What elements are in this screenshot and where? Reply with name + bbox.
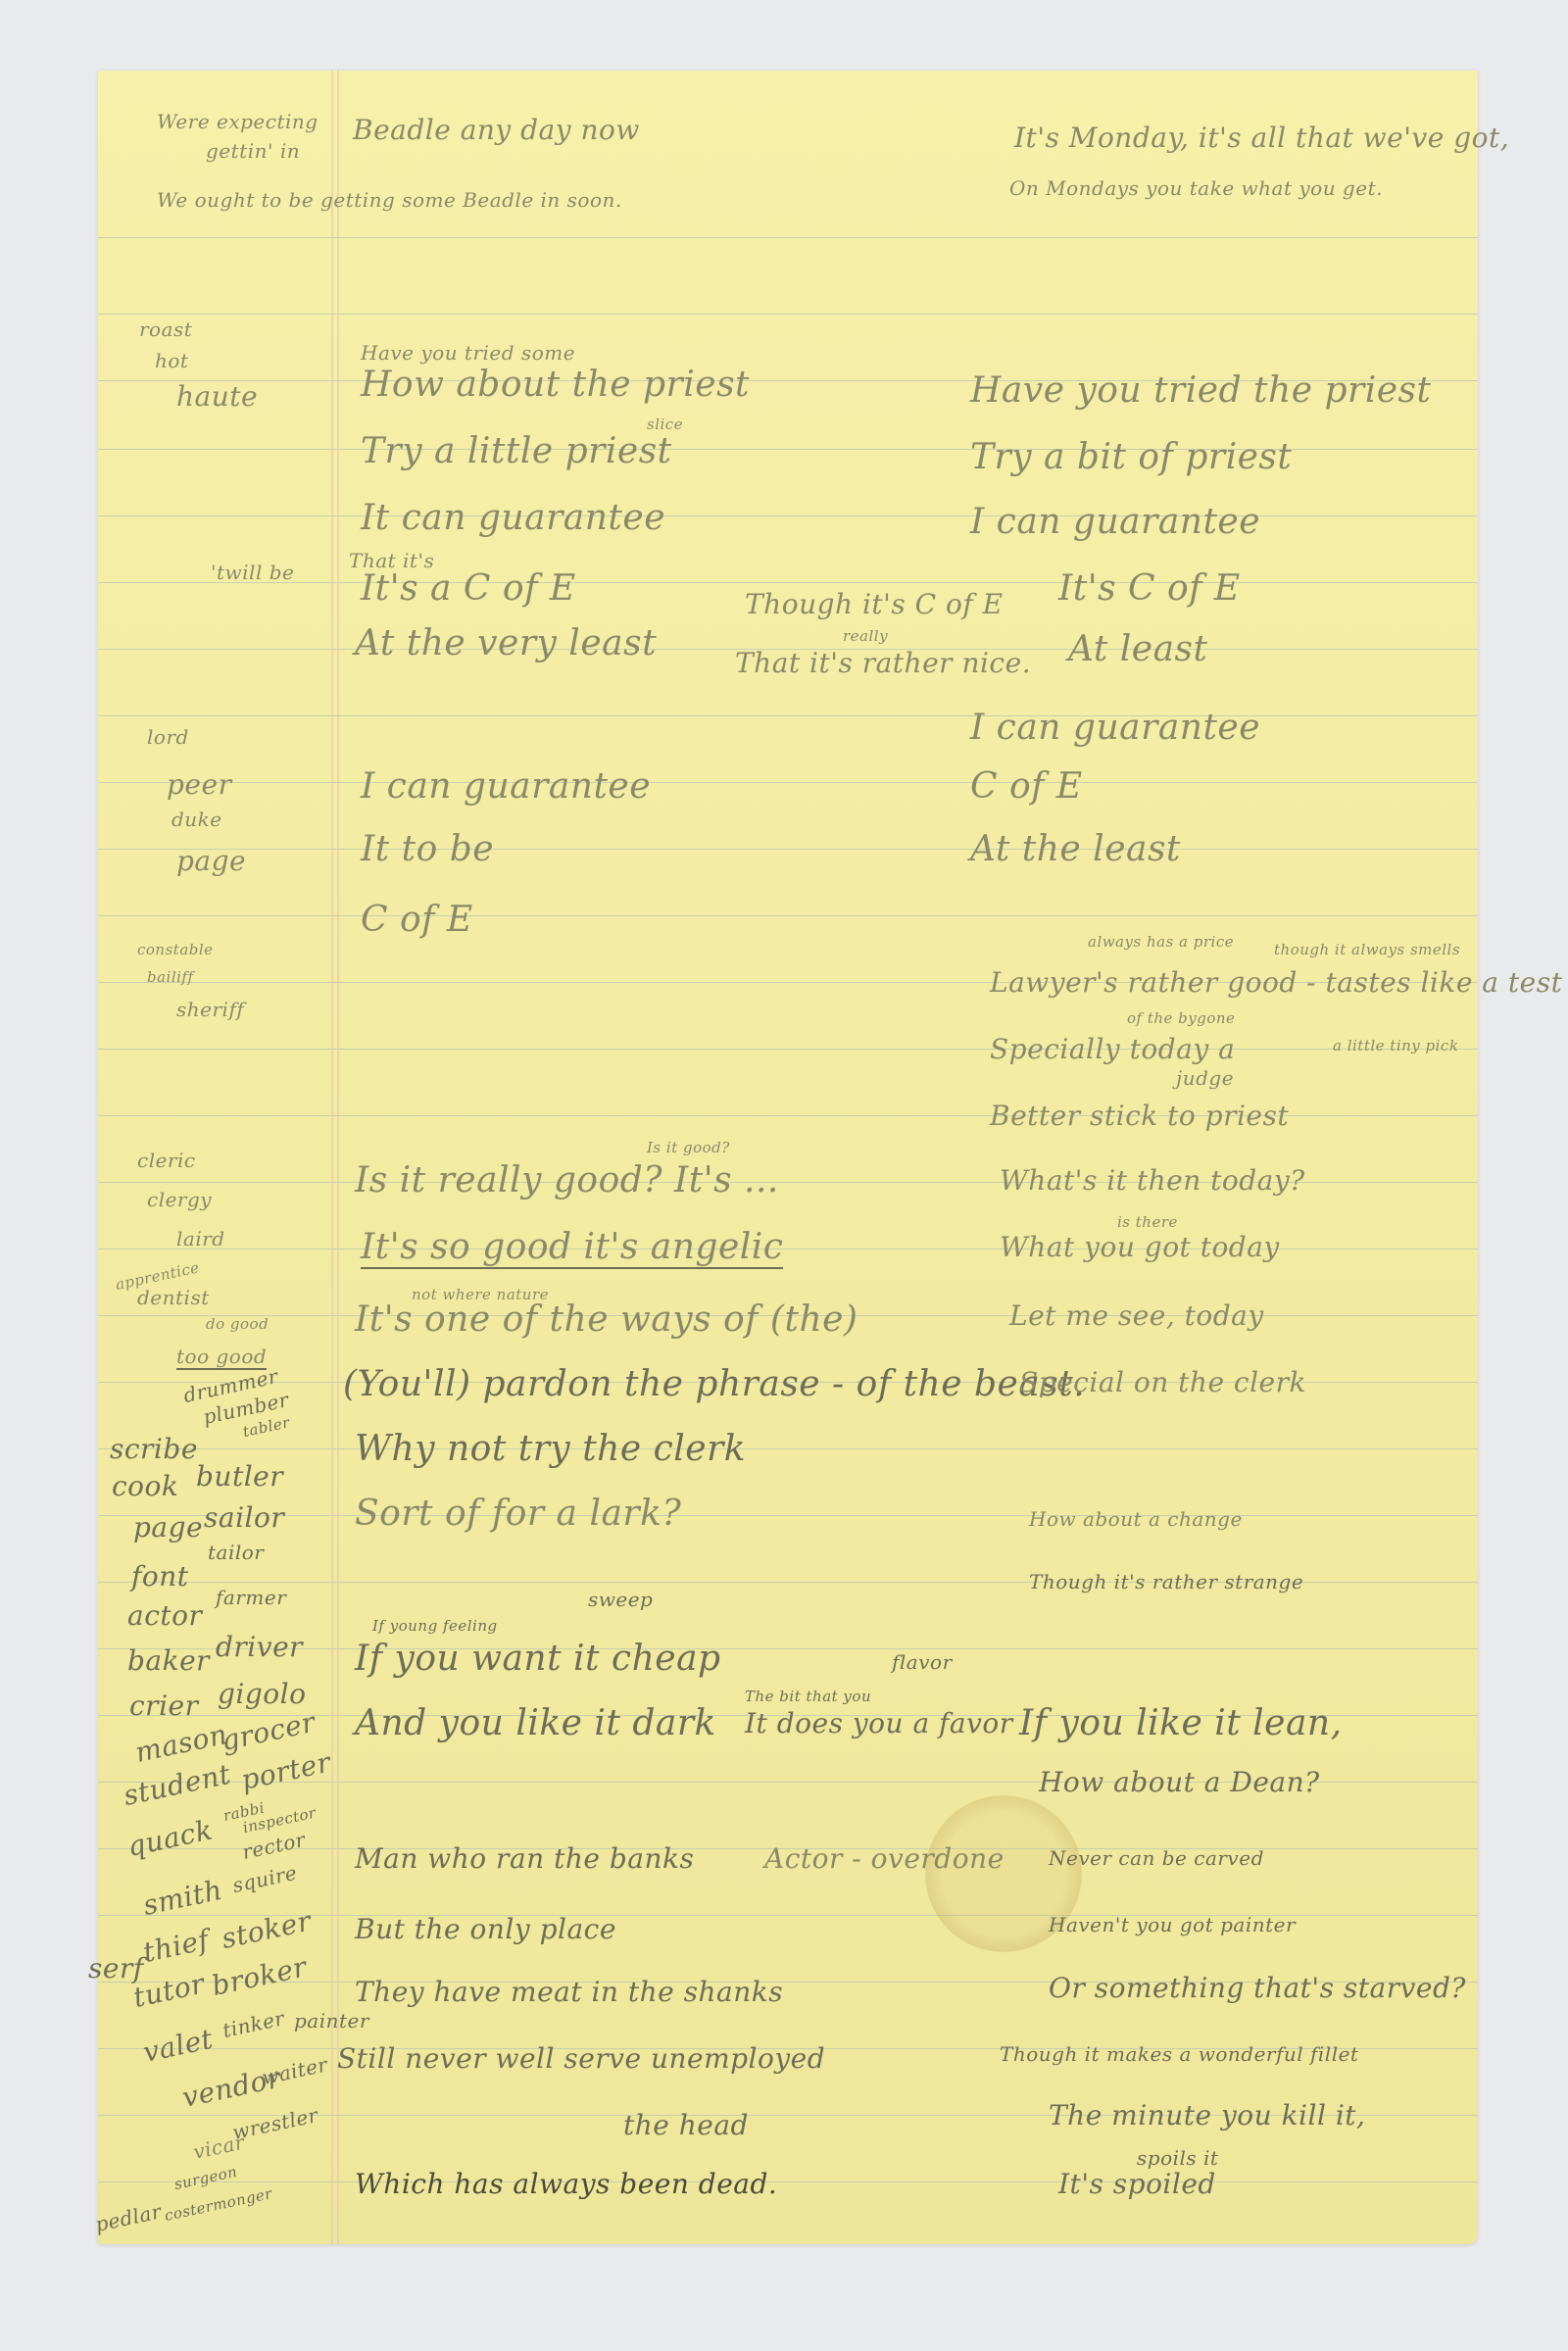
lyric-line: It's spoiled [1058, 2168, 1216, 2200]
lyric-line: I can guarantee [361, 766, 651, 807]
margin-word: dentist [137, 1286, 210, 1309]
lyric-line: How about the priest [361, 365, 750, 405]
lyric-line: They have meat in the shanks [355, 1976, 783, 2008]
occupation-word: painter [294, 2009, 369, 2033]
lyric-line: Sort of for a lark? [355, 1494, 681, 1534]
lyric-line: If you like it lean, [1019, 1703, 1343, 1743]
lyric-insert: Is it good? [647, 1139, 730, 1156]
header-line: Beadle any day now [353, 114, 640, 146]
lyric-insert: a little tiny pick [1333, 1037, 1458, 1054]
occupation-word: scribe [110, 1433, 198, 1465]
margin-word: too good [176, 1345, 267, 1370]
margin-note: Were expecting [157, 110, 318, 133]
lyric-line: What's it then today? [1000, 1164, 1305, 1197]
lyric-line: At the very least [355, 623, 657, 663]
ruled-line [98, 1648, 1478, 1649]
occupation-word: pedlar [93, 2199, 164, 2236]
margin-word: bailiff [147, 968, 194, 986]
occupation-word: cook [112, 1470, 178, 1502]
margin-line [337, 71, 339, 2244]
margin-word: constable [137, 941, 214, 958]
lyric-alt: It does you a favor [745, 1707, 1013, 1739]
lyric-line: C of E [970, 766, 1083, 807]
ruled-line [98, 515, 1478, 516]
ruled-line [98, 715, 1478, 716]
margin-word: laird [176, 1227, 225, 1250]
ruled-line [98, 582, 1478, 583]
occupation-word: broker [209, 1950, 310, 2002]
lyric-line: Try a little priest [361, 431, 672, 471]
occupation-word: thief [140, 1924, 212, 1969]
margin-word: 'twill be [211, 561, 294, 584]
lyric-line: Let me see, today [1009, 1299, 1264, 1332]
lyric-insert: really [843, 627, 888, 645]
lyric-line: Haven't you got painter [1049, 1913, 1296, 1936]
lyric-line: Man who ran the banks [355, 1842, 694, 1875]
lyric-line: I can guarantee [970, 708, 1260, 748]
occupation-word: page [133, 1511, 203, 1543]
lyric-insert: is there [1117, 1213, 1178, 1231]
header-line: On Mondays you take what you get. [1009, 176, 1383, 200]
lyric-line: It's one of the ways of (the) [355, 1299, 857, 1340]
margin-word: lord [147, 725, 189, 749]
lyric-alt: That it's rather nice. [735, 647, 1031, 679]
lyric-line: It's a C of E [361, 568, 576, 609]
lyric-line: Try a bit of priest [970, 437, 1292, 477]
lyric-insert: judge [1176, 1066, 1234, 1090]
occupation-word: font [131, 1560, 189, 1592]
margin-word: duke [171, 808, 222, 831]
lyric-insert: of the bygone [1127, 1009, 1235, 1027]
occupation-word: baker [127, 1644, 210, 1677]
occupation-word: farmer [216, 1586, 286, 1609]
lyric-line: At least [1068, 629, 1208, 669]
lyric-line: Have you tried the priest [970, 370, 1431, 411]
lyric-line: It's so good it's angelic [361, 1227, 783, 1269]
lyric-line: Though it's rather strange [1029, 1570, 1303, 1593]
margin-word: clergy [147, 1188, 212, 1211]
margin-word: do good [206, 1315, 269, 1333]
occupation-word: valet [140, 2023, 216, 2069]
margin-word: cleric [137, 1149, 196, 1172]
lyric-line: Why not try the clerk [355, 1429, 746, 1469]
lyric-insert: flavor [892, 1650, 953, 1674]
occupation-word: porter [238, 1746, 333, 1796]
lyric-line: At the least [970, 829, 1181, 869]
header-line: It's Monday, it's all that we've got, [1014, 122, 1509, 154]
lyric-line: How about a Dean? [1039, 1766, 1320, 1798]
ruled-line [98, 237, 1478, 238]
occupation-word: butler [196, 1460, 283, 1493]
margin-word: sheriff [176, 998, 244, 1021]
lyric-line: I can guarantee [970, 502, 1260, 542]
ruled-line [98, 1049, 1478, 1050]
lyric-line: It's C of E [1058, 568, 1241, 609]
lyric-insert: If young feeling [372, 1617, 498, 1635]
margin-word: peer [167, 768, 231, 801]
ruled-line [98, 915, 1478, 916]
lyric-line: It can guarantee [361, 498, 665, 538]
lyric-line: (You'll) pardon the phrase - of the beas… [343, 1364, 1085, 1404]
lyric-line: Have you tried some [361, 341, 575, 365]
legal-pad-page: Were expecting gettin' in Beadle any day… [98, 71, 1478, 2244]
lyric-line: Or something that's starved? [1049, 1972, 1466, 2004]
occupation-word: squire [230, 1861, 299, 1897]
occupation-word: tailor [208, 1541, 264, 1564]
lyric-line: Lawyer's rather good - tastes like a tes… [990, 966, 1562, 999]
occupation-word: tinker [220, 2006, 286, 2042]
lyric-line: Though it makes a wonderful fillet [1000, 2042, 1358, 2066]
ruled-line [98, 782, 1478, 783]
ruled-line [98, 1515, 1478, 1516]
lyric-line: Better stick to priest [990, 1100, 1289, 1132]
margin-word: haute [176, 380, 258, 413]
lyric-insert: though it always smells [1274, 941, 1460, 958]
occupation-word: quack [124, 1813, 216, 1863]
occupation-word: grocer [219, 1706, 318, 1757]
lyric-insert: spoils it [1137, 2146, 1218, 2170]
margin-line [331, 71, 333, 2244]
margin-note: gettin' in [206, 139, 300, 163]
occupation-word: surgeon [172, 2163, 239, 2193]
lyric-line: What you got today [1000, 1231, 1280, 1263]
occupation-word: serf [88, 1952, 144, 1984]
lyric-line: It to be [361, 829, 494, 869]
lyric-line: Specially today a [990, 1033, 1235, 1065]
occupation-word: wrestler [230, 2103, 320, 2144]
lyric-line: But the only place [355, 1913, 616, 1945]
margin-word: hot [155, 349, 188, 372]
occupation-word: waiter [260, 2052, 329, 2089]
lyric-insert: always has a price [1088, 933, 1234, 951]
lyric-alt: Actor - overdone [764, 1842, 1004, 1875]
occupation-word: actor [127, 1599, 202, 1632]
ruled-line [98, 849, 1478, 850]
lyric-alt: Though it's C of E [745, 588, 1004, 620]
lyric-line: And you like it dark [355, 1703, 716, 1743]
margin-word: roast [139, 318, 192, 341]
lyric-insert: the head [623, 2109, 749, 2141]
lyric-insert: sweep [588, 1588, 653, 1611]
lyric-line: Which has always been dead. [355, 2168, 777, 2200]
lyric-line: Still never well serve unemployed [337, 2042, 825, 2075]
occupation-word: driver [216, 1631, 303, 1663]
occupation-word: stoker [219, 1905, 314, 1955]
lyric-line: C of E [361, 900, 473, 940]
lyric-line: Is it really good? It's ... [355, 1160, 779, 1200]
lyric-line: The minute you kill it, [1049, 2099, 1365, 2131]
ruled-line [98, 314, 1478, 315]
header-line: We ought to be getting some Beadle in so… [157, 188, 622, 212]
occupation-word: sailor [204, 1501, 284, 1534]
ruled-line [98, 2181, 1478, 2182]
lyric-insert: The bit that you [745, 1688, 871, 1705]
occupation-word: crier [129, 1690, 198, 1722]
occupation-word: gigolo [218, 1678, 306, 1710]
lyric-line: Special on the clerk [1019, 1366, 1306, 1398]
lyric-line: Never can be carved [1049, 1846, 1264, 1870]
ruled-line [98, 1448, 1478, 1449]
margin-word: page [176, 845, 246, 877]
lyric-line: How about a change [1029, 1507, 1243, 1531]
lyric-line: If you want it cheap [355, 1639, 721, 1679]
